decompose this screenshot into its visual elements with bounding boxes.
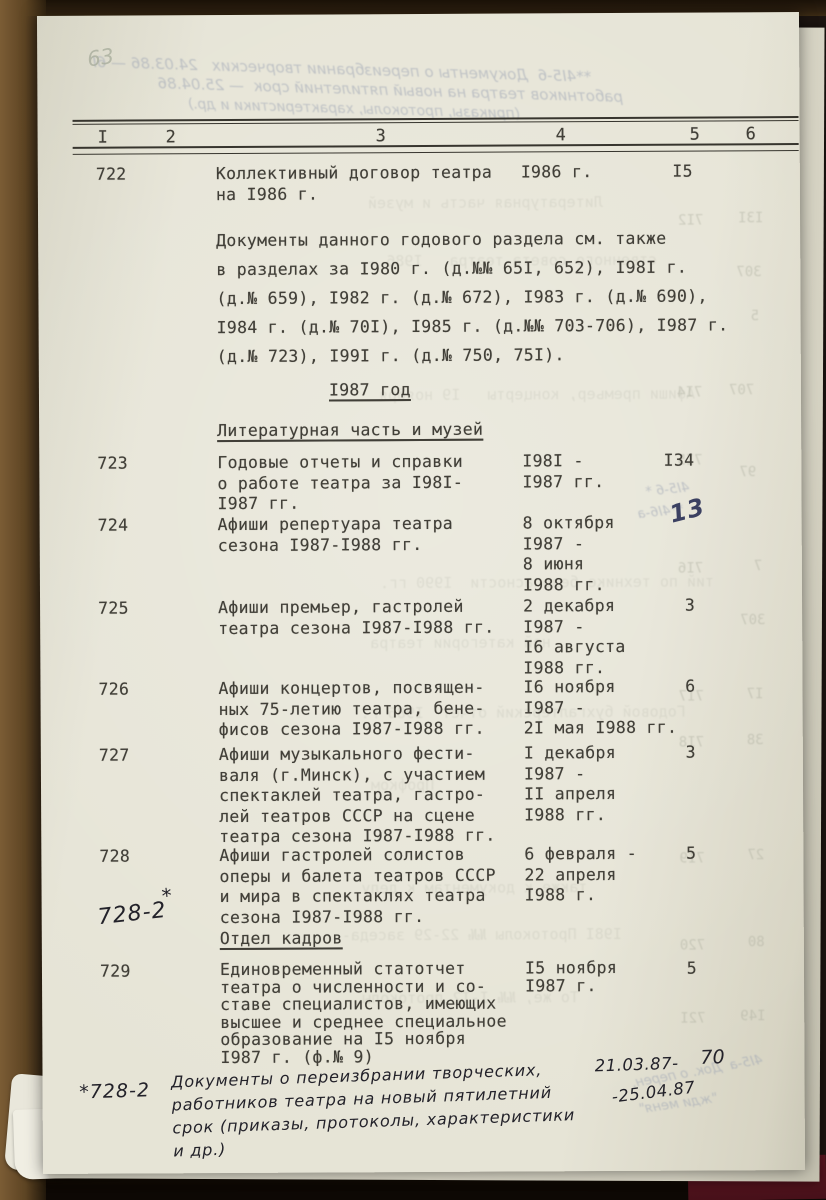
entry-sheet-count: I34 [614,451,694,472]
entry-title-line: спектаклей театра, гастро- [219,785,495,807]
entry-title: Афиши репертуара театрасезона I987-I988 … [218,514,454,556]
entry-title-line: театра сезона I987-I988 гг. [218,617,494,639]
entry-title-line: оперы и балета театров СССР [219,865,495,887]
entry-sheet-count: I5 [613,162,693,183]
entry-title-line: ставе специалистов, имеющих [220,995,507,1014]
bottom-note-date-to: -25.04.87 [611,1078,697,1107]
entry-number: 728 [99,847,130,868]
cross-reference-note: Документы данного годового раздела см. т… [38,223,800,227]
section-subheading: Литературная часть и музей [39,418,801,422]
column-number: I [98,128,109,149]
page-number-handwritten: 63 [86,44,116,72]
entry-title-line: на I986 г. [216,183,492,205]
handwritten-count-entry-724: 13 [667,493,708,529]
entry-title-line: валя (г.Минск), с участием [219,764,495,786]
bleedthrough-fragment: 7I6 [678,561,703,577]
entry-number: 724 [98,516,129,537]
bottom-note-sheet-count: 70 [700,1046,725,1069]
bleedthrough-fragment: Афиши премьер, концерты I9 ноября [379,385,695,405]
entry-number: 722 [96,165,127,186]
entry-date-line: 2 декабря [523,596,625,617]
entry-title-line: лей театров СССР на сцене [219,805,495,827]
entry-date-line: I987 гг. [522,472,604,493]
entry-date-line: I98I - [522,451,604,472]
entry-sheet-count: 3 [616,743,696,764]
bleedthrough-fragment: работников театра на новый пятилетний ср… [157,74,623,106]
bleedthrough-fragment: 707 [729,382,754,398]
entry-title: Афиши концертов, посвящен-ных 75-летию т… [218,678,484,741]
entry-title-line: о работе театра за I98I- [217,472,463,494]
entry-title-line: Афиши концертов, посвящен- [218,678,484,700]
entry-title-line: фисов сезона I987-I988 гг. [219,719,485,741]
bleedthrough-fragment: 38 [747,732,764,748]
entry-dates: 2 декабряI987 -I6 августаI988 гг. [523,596,626,679]
entry-sheet-count: 5 [616,844,696,865]
entry-date-line: I6 августа [523,637,625,658]
entry-dates: I5 ноябряI987 г. [525,959,617,994]
bleedthrough-fragment: 7 [754,558,763,574]
note-line: Документы данного годового раздела см. т… [216,223,728,255]
entry-title-line: сезона I987-I988 гг. [220,906,496,928]
entry-title-line: сезона I987-I988 гг. [218,534,453,556]
entry-title: Единовременный статотчеттеатра о численн… [220,960,507,1066]
bottom-note-text: Документы о переизбрании творческих,рабо… [171,1057,577,1162]
entry-dates: I декабряI987 -II апреляI988 гг. [524,743,617,825]
bleedthrough-fragment: I7 [746,686,763,702]
handwritten-728-2-text: 728-2 [97,898,168,930]
inventory-entry-722: 722Коллективный договор театрана I986 г.… [38,161,800,165]
entry-title-line: ных 75-летию театра, бене- [219,698,485,720]
entry-dates: 8 октябряI987 -8 июняI988 гг. [523,513,616,595]
entry-date-line: I988 гг. [524,804,616,825]
column-number: 5 [690,125,701,146]
entry-title-line: Афиши репертуара театра [218,514,453,536]
subheading-text: Отдел кадров [220,928,343,949]
entry-number: 725 [98,599,129,620]
bleedthrough-fragment: **4I5-6 Документы о переизбрании творчес… [92,53,591,86]
entry-title-line: Годовые отчеты и справки [217,452,463,474]
entry-date-line: I988 гг. [523,657,625,678]
bleedthrough-fragment: I49 [740,1008,765,1024]
entry-date-line: I986 г. [521,162,593,183]
entry-number: 726 [98,680,129,701]
inventory-entry-723: 723Годовые отчеты и справкио работе теат… [39,450,801,454]
entry-date-line: I988 г. [525,885,638,906]
entry-title: Афиши музыкального фести-валя (г.Минск),… [219,744,496,848]
entry-number: 729 [100,962,131,983]
inventory-entry-725: 725Афиши премьер, гастролейтеатра сезона… [40,595,802,599]
entry-title-line: Афиши премьер, гастролей [218,597,494,619]
note-text: Документы данного годового раздела см. т… [216,223,728,371]
year-section-heading: I987 год [39,378,801,382]
entry-date-line: 22 апреля [524,864,637,885]
archive-book-photo: **4I5-6 Документы о переизбрании творчес… [0,0,826,1200]
entry-sheet-count: 6 [615,677,695,698]
entry-title-line: I987 гг. [217,493,463,515]
entry-date-line: I987 - [523,533,615,554]
entry-title-line: Афиши гастролей солистов [219,845,495,867]
entry-date-line: I987 - [524,697,678,718]
entry-title: Афиши премьер, гастролейтеатра сезона I9… [218,597,495,639]
entry-number: 727 [99,746,130,767]
entry-title-line: Коллективный договор театра [216,163,492,185]
entry-date-line: I988 гг. [523,574,615,595]
entry-title-line: Единовременный статотчет [220,960,507,979]
bleedthrough-fragment: 27 [747,847,764,863]
bleedthrough-fragment: I3I [738,210,763,226]
bleedthrough-fragment: 307 [736,264,761,280]
entry-date-line: 8 июня [523,554,615,575]
entry-title: Афиши гастролей солистовоперы и балета т… [219,845,496,928]
subheading-text: Литературная часть и музей [217,420,483,442]
entry-title: Коллективный договор театрана I986 г. [216,163,493,205]
bleedthrough-fragment: 97 [739,464,756,480]
bleedthrough-fragment: 720 [680,938,705,954]
entry-title: Годовые отчеты и справкио работе театра … [217,452,463,515]
note-line: в разделах за I980 г. (д.№№ 65I, 652), I… [216,252,728,284]
entry-date-line: I декабря [524,743,616,764]
column-number: 6 [746,124,757,145]
inventory-entry-729: 729Единовременный статотчеттеатра о числ… [42,958,804,962]
entry-date-line: 8 октября [523,513,615,534]
bleedthrough-fragment: 5 [751,308,760,324]
table-header-rule [73,143,799,149]
entry-date-line: I5 ноября [525,959,617,977]
entry-title-line: и мира в спектаклях театра [220,886,496,908]
entry-date-line: II апреля [524,784,616,805]
archive-inventory-page: **4I5-6 Документы о переизбрании творчес… [37,12,805,1174]
entry-date-line: I987 - [523,616,625,637]
note-line: (д.№ 659), I982 г. (д.№ 672), I983 г. (д… [216,281,728,313]
bleedthrough-fragment: 7I4 [677,385,702,401]
entry-dates: I986 г. [521,162,593,183]
asterisk-mark: * [161,883,175,908]
entry-sheet-count: 3 [615,596,695,617]
column-number: 3 [376,126,387,147]
column-number: 2 [166,127,177,148]
handwritten-entry-number-728-2: 728-2 * [97,898,168,930]
entry-title-line: образование на I5 ноября [220,1030,507,1049]
entry-title-line: Афиши музыкального фести- [219,744,495,766]
bottom-note-entry-number: *728-2 [79,1079,150,1103]
inventory-entry-726: 726Афиши концертов, посвящен-ных 75-лети… [40,676,802,680]
entry-date-line: I987 - [524,763,616,784]
bleedthrough-fragment: I98I Протоколы №№ 22-29 заседа- [342,925,622,944]
entry-date-line: I987 г. [525,976,617,994]
note-line: I984 г. (д.№ 70I), I985 г. (д.№№ 703-706… [217,310,729,342]
bleedthrough-fragment: 307 [740,612,765,628]
bottom-note-date-from: 21.03.87- [594,1054,679,1076]
year-heading-text: I987 год [329,380,411,401]
column-number: 4 [556,125,567,146]
bleedthrough-fragment: 72I [680,1011,705,1027]
inventory-entry-727: 727Афиши музыкального фести-валя (г.Минс… [41,742,803,746]
entry-dates: I98I -I987 гг. [522,451,604,492]
table-header-rule-thin [73,150,799,155]
bleedthrough-fragment: 80 [748,934,765,950]
note-line: (д.№ 723), I99I г. (д.№ 750, 75I). [217,339,729,371]
entry-number: 723 [97,454,128,475]
entry-sheet-count: 5 [617,959,697,980]
entry-date-line: 2I мая I988 гг. [524,718,678,739]
